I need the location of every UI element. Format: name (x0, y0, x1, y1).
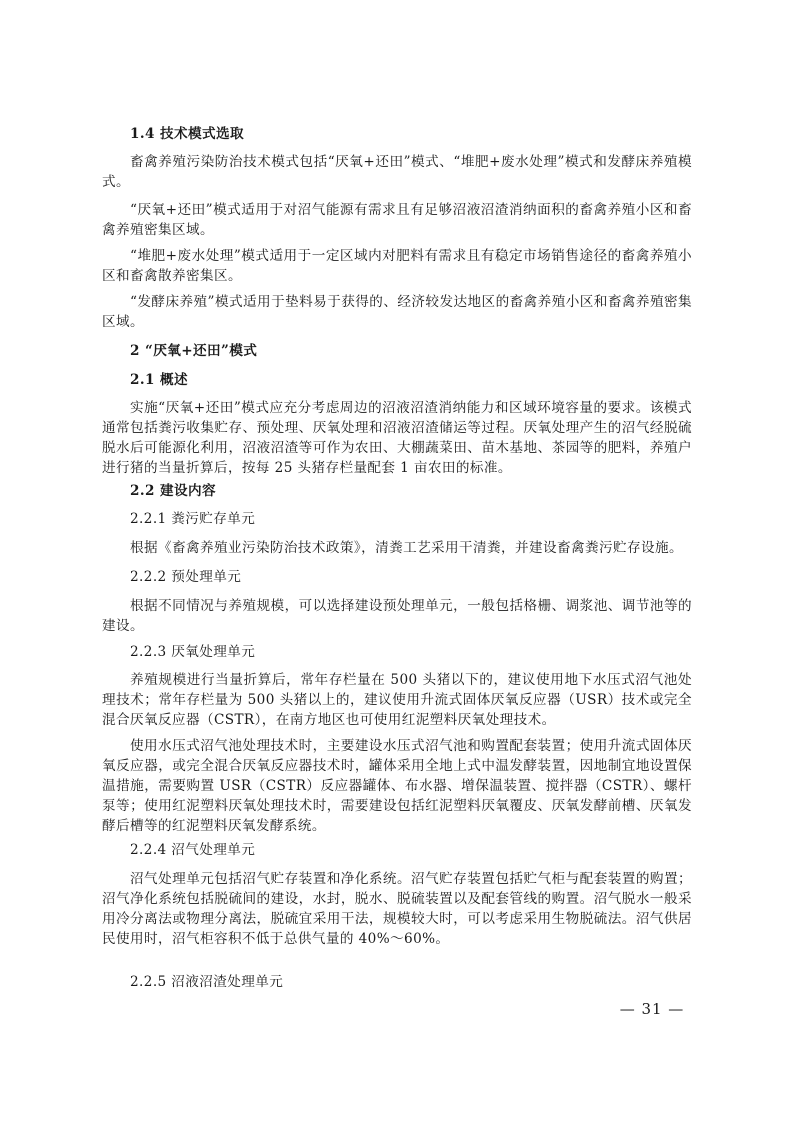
heading-1-4: 1.4 技术模式选取 (130, 124, 720, 144)
paragraph-manure-storage: 根据《畜禽养殖业污染防治技术政策》，清粪工艺采用干清粪，并建设畜禽粪污贮存设施。 (102, 538, 692, 558)
subheading-2-2-4: 2.2.4 沼气处理单元 (130, 840, 720, 860)
heading-2-2: 2.2 建设内容 (130, 481, 720, 501)
paragraph-modes-overview: 畜禽养殖污染防治技术模式包括“厌氧+还田”模式、“堆肥+废水处理”模式和发酵床养… (102, 152, 692, 192)
paragraph-anaerobic-equipment: 使用水压式沼气池处理技术时，主要建设水压式沼气池和购置配套装置；使用升流式固体厌… (102, 736, 692, 836)
subheading-2-2-2: 2.2.2 预处理单元 (130, 567, 720, 587)
subheading-2-2-3: 2.2.3 厌氧处理单元 (130, 642, 720, 662)
paragraph-overview: 实施“厌氧+还田”模式应充分考虑周边的沼液沼渣消纳能力和区域环境容量的要求。该模… (102, 398, 692, 478)
page-number: — 31 — (612, 1000, 692, 1018)
heading-2: 2 “厌氧+还田”模式 (130, 341, 720, 361)
paragraph-fermentation-bed-mode: “发酵床养殖”模式适用于垫料易于获得的、经济较发达地区的畜禽养殖小区和畜禽养殖密… (102, 292, 692, 332)
paragraph-anaerobic-mode: “厌氧+还田”模式适用于对沼气能源有需求且有足够沼液沼渣消纳面积的畜禽养殖小区和… (102, 200, 692, 240)
paragraph-biogas-treatment: 沼气处理单元包括沼气贮存装置和净化系统。沼气贮存装置包括贮气柜与配套装置的购置；… (102, 869, 692, 949)
paragraph-compost-mode: “堆肥+废水处理”模式适用于一定区域内对肥料有需求且有稳定市场销售途径的畜禽养殖… (102, 246, 692, 286)
subheading-2-2-1: 2.2.1 粪污贮存单元 (130, 509, 720, 529)
subheading-2-2-5: 2.2.5 沼液沼渣处理单元 (130, 972, 720, 992)
paragraph-pretreatment: 根据不同情况与养殖规模，可以选择建设预处理单元，一般包括格栅、调浆池、调节池等的… (102, 596, 692, 636)
paragraph-anaerobic-scale: 养殖规模进行当量折算后，常年存栏量在 500 头猪以下的，建议使用地下水压式沼气… (102, 670, 692, 730)
heading-2-1: 2.1 概述 (130, 370, 720, 390)
